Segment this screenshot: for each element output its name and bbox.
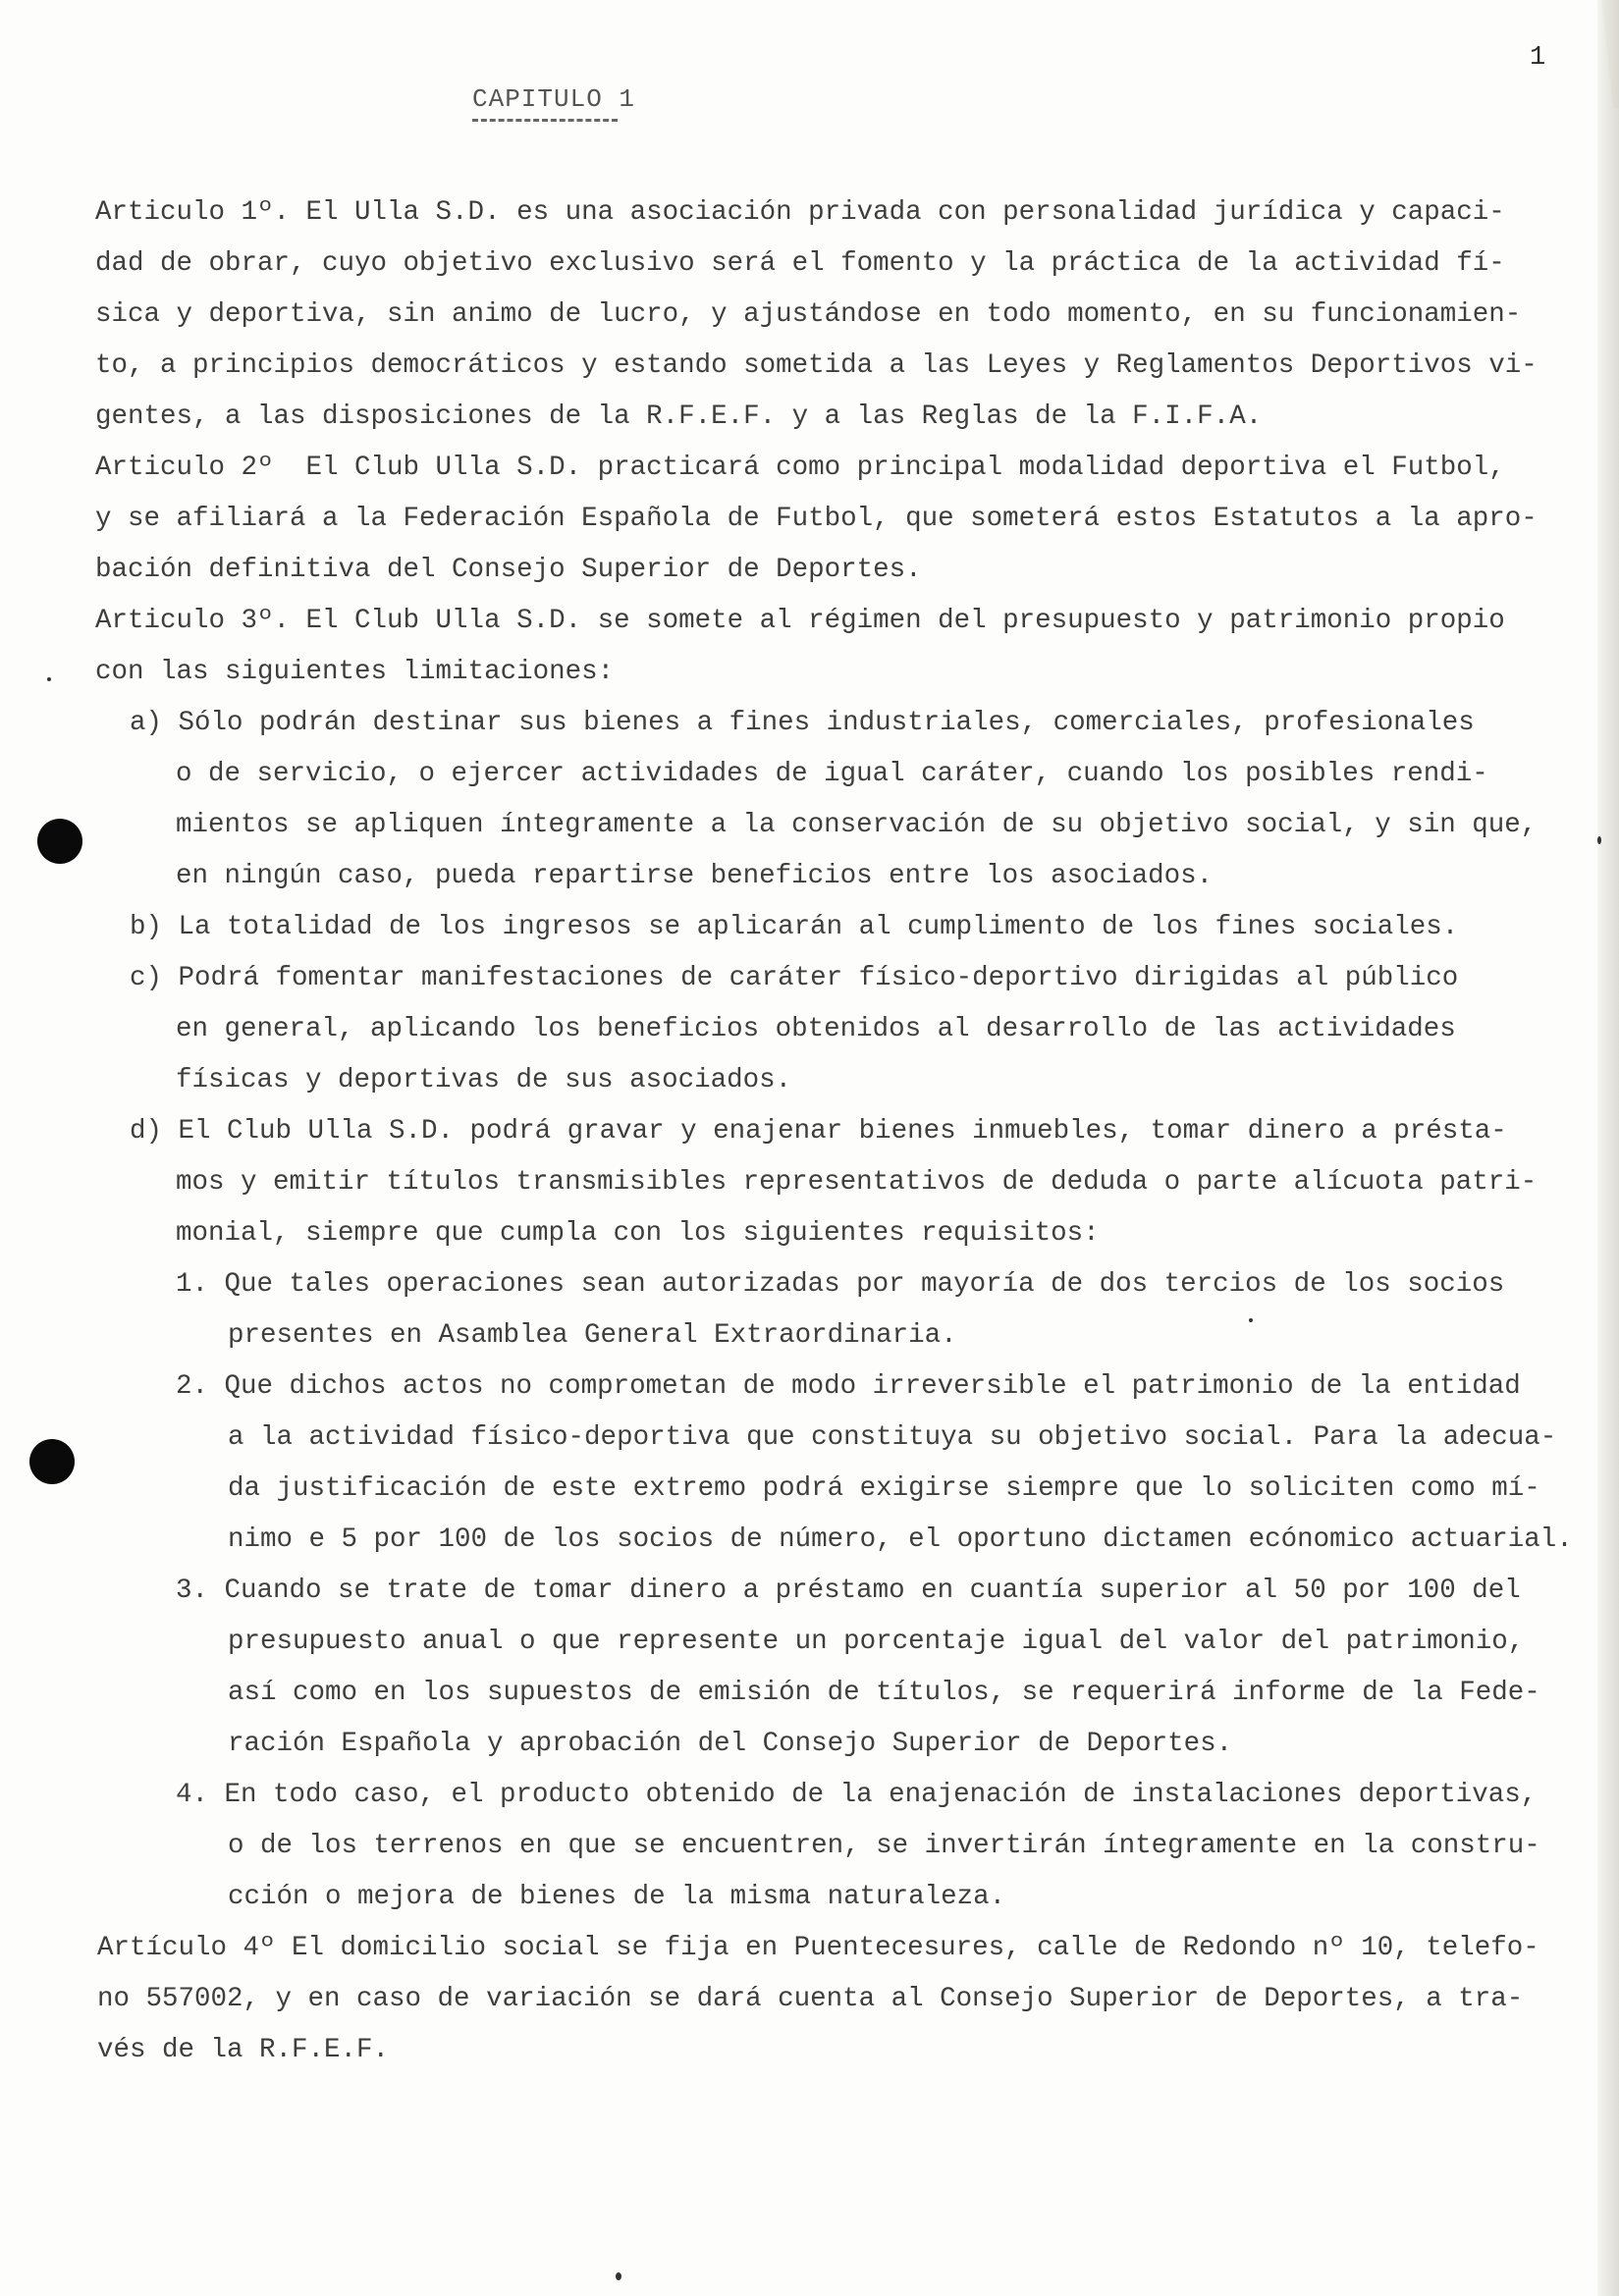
text-line: 3. Cuando se trate de tomar dinero a pré… [176, 1575, 1521, 1608]
ink-speck [616, 2272, 621, 2280]
text-line: da justificación de este extremo podrá e… [228, 1472, 1540, 1506]
text-line: nimo e 5 por 100 de los socios de número… [228, 1523, 1573, 1557]
text-line: bación definitiva del Consejo Superior d… [95, 554, 922, 587]
text-line: presupuesto anual o que represente un po… [228, 1626, 1524, 1659]
text-line: Articulo 2º El Club Ulla S.D. practicará… [95, 452, 1505, 485]
document-page: 1 CAPITULO 1 Articulo 1º. El Ulla S.D. e… [0, 0, 1619, 2296]
page-edge-shadow [1597, 0, 1619, 2296]
text-line: y se afiliará a la Federación Española d… [95, 503, 1538, 536]
text-line: a la actividad físico-deportiva que cons… [228, 1421, 1556, 1455]
text-line: 2. Que dichos actos no comprometan de mo… [176, 1370, 1521, 1404]
text-line: dad de obrar, cuyo objetivo exclusivo se… [95, 247, 1505, 281]
text-line: a) Sólo podrán destinar sus bienes a fin… [130, 707, 1475, 740]
text-line: 4. En todo caso, el producto obtenido de… [176, 1779, 1537, 1812]
text-line: presentes en Asamblea General Extraordin… [228, 1319, 957, 1353]
text-line: o de los terrenos en que se encuentren, … [228, 1830, 1540, 1863]
text-line: mientos se apliquen íntegramente a la co… [176, 809, 1537, 842]
text-line: Articulo 1º. El Ulla S.D. es una asociac… [95, 196, 1505, 230]
text-line: vés de la R.F.E.F. [97, 2034, 389, 2067]
text-line: c) Podrá fomentar manifestaciones de car… [130, 962, 1458, 995]
text-line: con las siguientes limitaciones: [95, 656, 614, 689]
text-line: así como en los supuestos de emisión de … [228, 1677, 1540, 1710]
text-line: gentes, a las disposiciones de la R.F.E.… [95, 400, 1262, 434]
punch-hole [37, 819, 82, 864]
text-line: físicas y deportivas de sus asociados. [176, 1064, 791, 1097]
text-line: ración Española y aprobación del Consejo… [228, 1728, 1232, 1761]
text-line: mos y emitir títulos transmisibles repre… [176, 1166, 1537, 1200]
ink-speck [1597, 836, 1601, 844]
text-line: d) El Club Ulla S.D. podrá gravar y enaj… [130, 1115, 1507, 1148]
ink-speck [47, 677, 51, 681]
page-number: 1 [1530, 43, 1545, 73]
text-line: no 557002, y en caso de variación se dar… [97, 1983, 1523, 2016]
text-line: Artículo 4º El domicilio social se fija … [97, 1932, 1539, 1965]
text-line: en general, aplicando los beneficios obt… [176, 1013, 1456, 1046]
text-line: en ningún caso, pueda repartirse benefic… [176, 860, 1213, 893]
text-line: b) La totalidad de los ingresos se aplic… [130, 911, 1458, 944]
text-line: Articulo 3º. El Club Ulla S.D. se somete… [95, 605, 1505, 638]
text-line: o de servicio, o ejercer actividades de … [176, 758, 1488, 791]
punch-hole [29, 1439, 75, 1484]
text-line: monial, siempre que cumpla con los sigui… [176, 1217, 1100, 1251]
chapter-title: CAPITULO 1 [472, 84, 635, 114]
text-line: to, a principios democráticos y estando … [95, 349, 1538, 383]
ink-speck [1249, 1318, 1253, 1322]
text-line: 1. Que tales operaciones sean autorizada… [176, 1268, 1504, 1302]
text-line: cción o mejora de bienes de la misma nat… [228, 1881, 1005, 1914]
chapter-title-underline [472, 119, 618, 122]
text-line: sica y deportiva, sin animo de lucro, y … [95, 298, 1521, 332]
